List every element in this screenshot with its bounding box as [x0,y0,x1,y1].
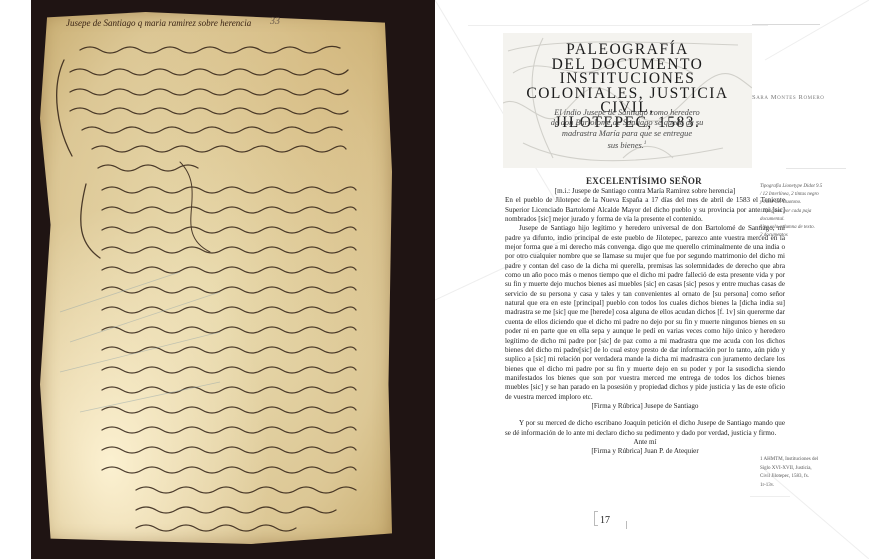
subtitle-line: El indio Jusepe de Santiago como hereder… [518,108,736,118]
handwriting-strokes [40,12,392,544]
subtitle-line: de don Bartolomé de Santiago se quede de… [518,118,736,128]
manuscript-folio-number: 33 [270,16,280,27]
side-rule [786,168,846,169]
closing-paragraph: Y por su merced de dicho escribano Joaqu… [505,419,785,438]
article-subtitle: El indio Jusepe de Santiago como hereder… [518,108,736,151]
footnote-line: Civil Jilotepec, 1583, fs. [760,473,865,482]
transcription-body: [m.i.: Jusepe de Santiago contra María R… [505,187,785,457]
ante-mi: Ante mí [505,438,785,447]
side-note-line: Una sola columna de texto. [760,224,865,232]
subtitle-line: madrastra María para que se entregue [518,129,736,139]
page-number-bracket-right [624,521,627,529]
manuscript-handwriting [40,12,392,544]
top-rule [468,25,768,26]
side-note-line: Tipografía Lionetype Didot 9.5 [760,183,865,191]
side-note-line: 2 documentos [760,232,865,240]
page-number-bracket-left [594,511,598,526]
footnote-line: Siglo XVI-XVII, Justicia, [760,465,865,474]
footnote-rule [750,496,790,497]
marginal-note: [m.i.: Jusepe de Santiago contra María R… [505,187,785,196]
author-name: Sara Montes Romero [752,94,825,101]
typography-side-note: Tipografía Lionetype Didot 9.5 / 12 Inte… [760,183,865,240]
paragraph: Jusepe de Santiago hijo legítimo y hered… [505,224,785,402]
manuscript-header-annotation: Jusepe de Santiago q maria ramirez sobre… [66,18,251,28]
signature: [Firma y Rúbrica] Jusepe de Santiago [505,402,785,411]
title-line: DEL DOCUMENTO INSTITUCIONES [503,58,752,87]
footnote: 1 AHMTM, Instituciones del Siglo XVI-XVI… [760,456,865,490]
side-note-line: documental. [760,216,865,224]
top-rule-right [752,24,820,25]
side-note-line: 12 páginas por cada paja [760,208,865,216]
section-heading: EXCELENTÍSIMO SEÑOR [503,176,785,186]
footnote-ref: 1 [644,141,647,146]
page-number: 17 [600,515,610,526]
footnote-line: 1 AHMTM, Instituciones del [760,456,865,465]
footnote-line: 1r-13v. [760,482,865,491]
subtitle-line: sus bienes.1 [518,139,736,151]
side-note-line: y color del Duotono. [760,199,865,207]
side-note-line: / 12 Interlínea, 2 tintas negro [760,191,865,199]
signature: [Firma y Rúbrica] Juan P. de Atequier [505,447,785,456]
paragraph: En el pueblo de Jilotepec de la Nueva Es… [505,196,785,224]
